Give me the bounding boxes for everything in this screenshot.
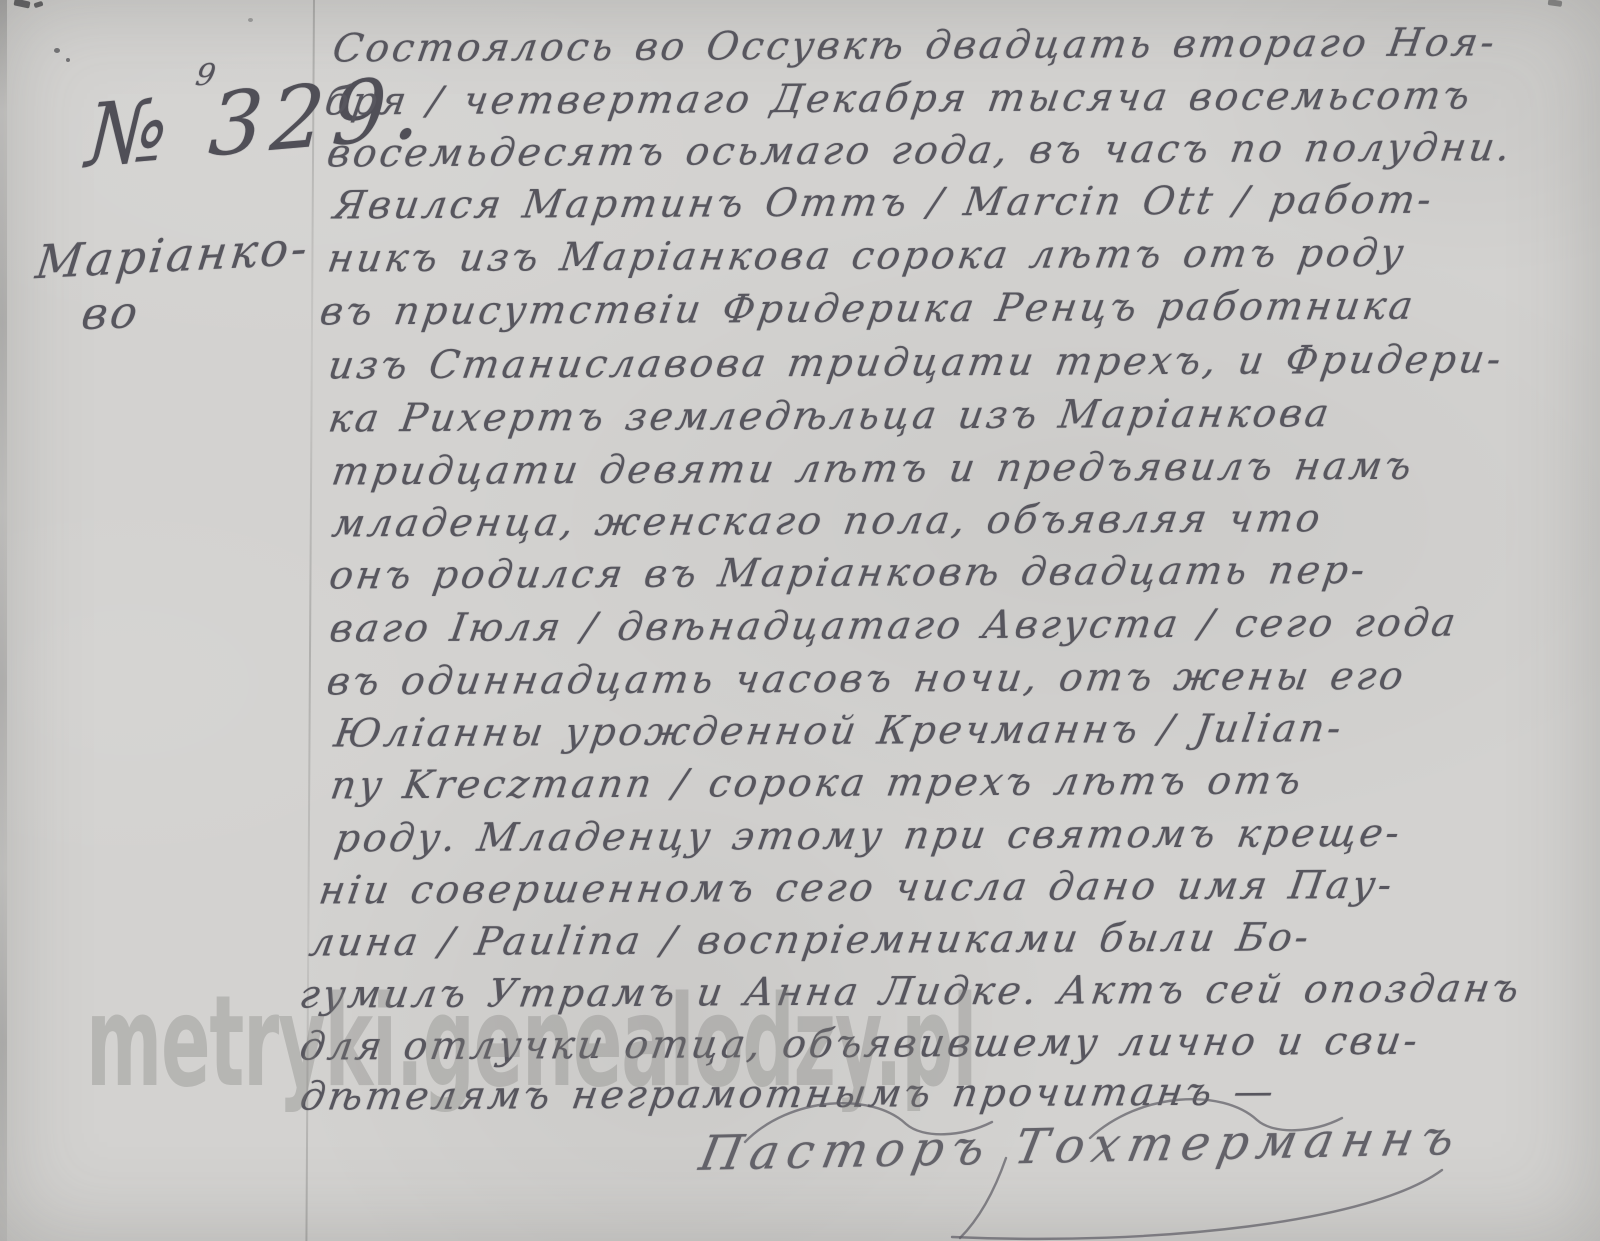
record-line-14: Юліанны урожденной Кречманнъ / Julian- [331,706,1347,756]
record-line-7: изъ Станиславова тридцати трехъ, и Фриде… [325,337,1507,388]
record-line-12: ваго Іюля / двѣнадцатаго Августа / сего … [327,601,1462,652]
record-line-3: восемьдесятъ осьмаго года, въ часъ по по… [324,125,1516,176]
record-line-4: Явился Мартинъ Оттъ / Marcin Ott / работ… [330,178,1437,229]
record-line-1: Состоялось во Оссувкѣ двадцать втораго Н… [330,20,1501,71]
record-line-16: роду. Младенцу этому при святомъ креще- [332,811,1406,862]
record-line-5: никъ изъ Маріанкова сорока лѣтъ отъ роду [325,231,1410,282]
record-line-9: тридцати девяти лѣтъ и предъявилъ намъ [329,444,1418,495]
record-line-6: въ присутствіи Фридерика Ренцъ работника [317,284,1419,335]
record-line-10: младенца, женскаго пола, объявляя что [329,496,1326,546]
record-line-15: ny Kreczmann / сорока трехъ лѣтъ отъ [327,758,1306,808]
scanned-record-page: № 329. 9 Маріанко- во Состоялось во Оссу… [0,0,1600,1241]
record-line-18: лина / Paulina / воспріемниками были Бо- [306,915,1314,965]
signature-flourish [660,1080,1520,1241]
record-line-11: онъ родился въ Маріанковѣ двадцать пер- [326,548,1370,598]
record-line-13: въ одиннадцать часовъ ночи, отъ жены его [324,654,1409,705]
record-line-2: бря / четвертаго Декабря тысяча восемьсо… [322,73,1476,124]
record-line-17: ніи совершенномъ сего числа дано имя Пау… [316,863,1398,914]
record-line-8: ка Рихертъ земледѣльца изъ Маріанкова [325,391,1334,441]
